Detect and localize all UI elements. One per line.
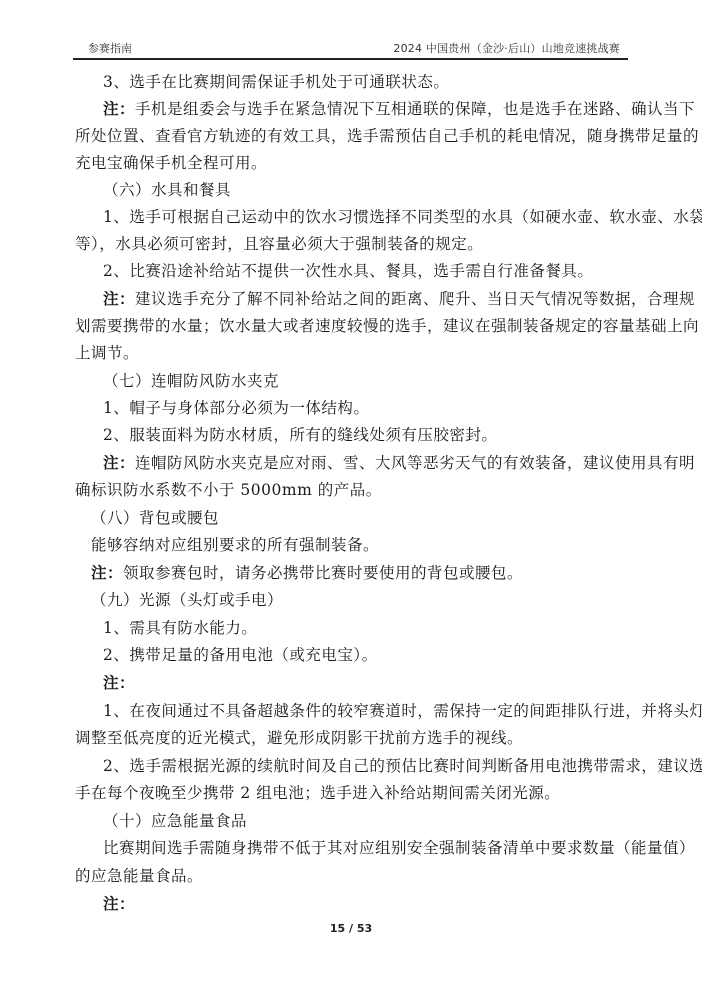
paragraph-line: 2、服装面料为防水材质，所有的缝线处须有压胶密封。: [103, 423, 497, 447]
paragraph-line: 的应急能量食品。: [75, 864, 203, 888]
note-label: 注：: [91, 563, 123, 582]
note-label: 注：: [103, 289, 135, 308]
paragraph-line: 1、选手可根据自己运动中的饮水习惯选择不同类型的水具（如硬水壶、软水壶、水袋: [103, 205, 702, 229]
header-event-title: 2024 中国贵州（金沙·后山）山地竞速挑战赛: [393, 40, 620, 56]
paragraph-line: 等），水具必须可密封，且容量必须大于强制装备的规定。: [75, 232, 483, 256]
note-line: 注：: [103, 892, 135, 916]
paragraph-line: 手在每个夜晚至少携带 2 组电池；选手进入补给站期间需关闭光源。: [75, 781, 560, 805]
page-number: 15 / 53: [0, 922, 702, 935]
paragraph-line: 所处位置、查看官方轨迹的有效工具，选手需预估自己手机的耗电情况，随身携带足量的: [75, 124, 699, 148]
header-divider: [73, 58, 628, 60]
paragraph-line: 1、在夜间通过不具备超越条件的较窄赛道时，需保持一定的间距排队行进，并将头灯: [103, 699, 702, 723]
paragraph-line: 能够容纳对应组别要求的所有强制装备。: [91, 533, 379, 557]
note-label: 注：: [103, 673, 135, 692]
section-heading: （十）应急能量食品: [103, 809, 247, 833]
paragraph-line: 3、选手在比赛期间需保证手机处于可通联状态。: [103, 70, 449, 94]
paragraph-line: 上调节。: [75, 341, 139, 365]
header-doc-title: 参赛指南: [88, 40, 132, 56]
section-heading: （六）水具和餐具: [103, 178, 231, 202]
paragraph-line: 2、携带足量的备用电池（或充电宝）。: [103, 643, 378, 667]
paragraph-line: 确标识防水系数不小于 5000mm 的产品。: [75, 478, 382, 502]
paragraph-line: 充电宝确保手机全程可用。: [75, 151, 267, 175]
note-label: 注：: [103, 894, 135, 913]
paragraph-line: 划需要携带的水量；饮水量大或者速度较慢的选手，建议在强制装备规定的容量基础上向: [75, 314, 699, 338]
paragraph-line: 1、需具有防水能力。: [103, 616, 257, 640]
paragraph-line: 2、选手需根据光源的续航时间及自己的预估比赛时间判断备用电池携带需求，建议选: [103, 754, 702, 778]
note-label: 注：: [103, 453, 135, 472]
note-line: 注：领取参赛包时，请务必携带比赛时要使用的背包或腰包。: [91, 561, 523, 585]
section-heading: （七）连帽防风防水夹克: [103, 369, 279, 393]
paragraph-line: 2、比赛沿途补给站不提供一次性水具、餐具，选手需自行准备餐具。: [103, 259, 593, 283]
note-line: 注：建议选手充分了解不同补给站之间的距离、爬升、当日天气情况等数据，合理规: [103, 287, 695, 311]
paragraph-line: 1、帽子与身体部分必须为一体结构。: [103, 396, 369, 420]
paragraph-line: 比赛期间选手需随身携带不低于其对应组别安全强制装备清单中要求数量（能量值）: [103, 836, 695, 860]
section-heading: （八）背包或腰包: [91, 506, 219, 530]
note-line: 注：连帽防风防水夹克是应对雨、雪、大风等恶劣天气的有效装备，建议使用具有明: [103, 451, 695, 475]
paragraph-line: 调整至低亮度的近光模式，避免形成阴影干扰前方选手的视线。: [75, 726, 523, 750]
page-header: 参赛指南 2024 中国贵州（金沙·后山）山地竞速挑战赛: [73, 40, 628, 59]
note-label: 注：: [103, 99, 135, 118]
note-line: 注：手机是组委会与选手在紧急情况下互相通联的保障，也是选手在迷路、确认当下: [103, 97, 695, 121]
section-heading: （九）光源（头灯或手电）: [91, 588, 283, 612]
note-line: 注：: [103, 671, 135, 695]
